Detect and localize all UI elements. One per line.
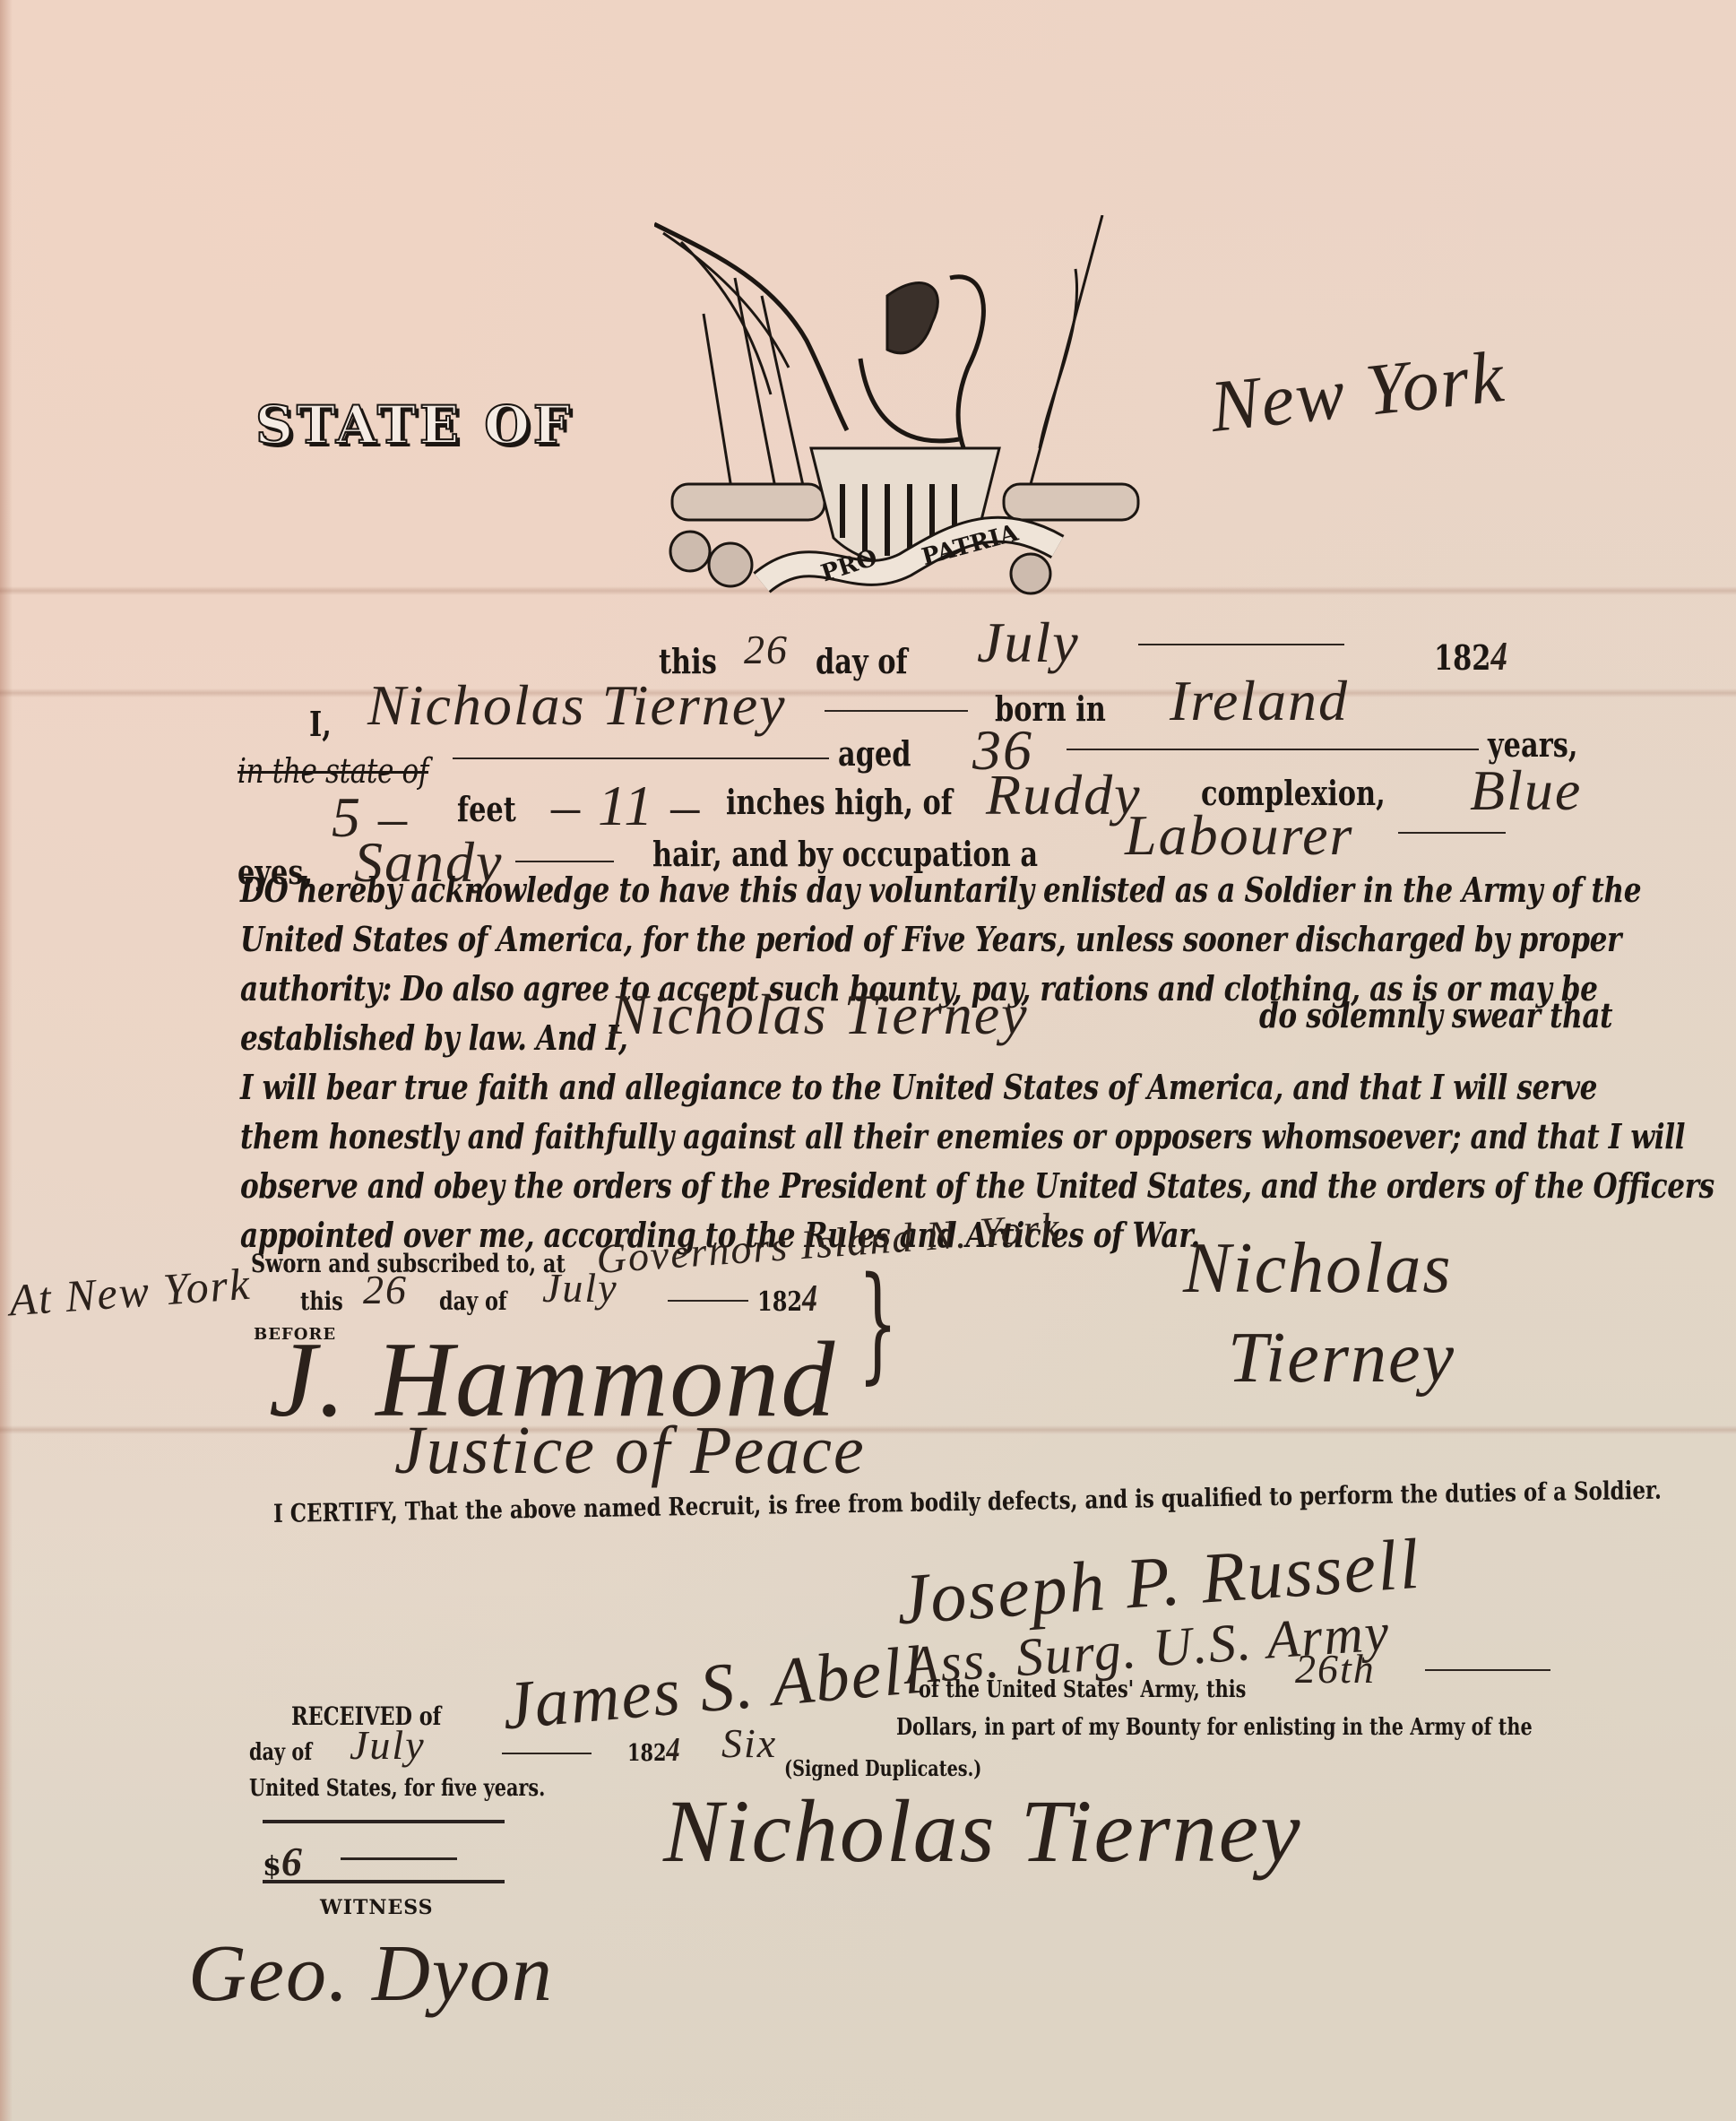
- height-inches-value: – 11 –: [551, 773, 701, 839]
- amount-field: $6: [263, 1838, 304, 1885]
- sworn-label: Sworn and subscribed to, at: [251, 1249, 566, 1278]
- oath-line: do solemnly swear that: [1259, 995, 1612, 1035]
- army-label: of the United States' Army, this: [919, 1676, 1246, 1703]
- birthplace-value: Ireland: [1170, 668, 1349, 734]
- aged-label: aged: [838, 733, 911, 774]
- oath-line: them honestly and faithfully against all…: [240, 1116, 1685, 1156]
- recruit-signature-line1: Nicholas: [1183, 1228, 1452, 1310]
- occupation-value: Labourer: [1125, 802, 1353, 869]
- brace-icon: }: [858, 1251, 898, 1397]
- amount-words-value: Six: [721, 1719, 777, 1767]
- document-title: STATE OF: [255, 394, 574, 455]
- paper-edge: [0, 0, 13, 2121]
- day-value: 26: [744, 626, 789, 673]
- oath-line: established by law. And I,: [240, 1017, 627, 1058]
- month-value: July: [977, 610, 1080, 676]
- oath-line: United States of America, for the period…: [240, 919, 1621, 959]
- oath-line: I will bear true faith and allegiance to…: [240, 1067, 1597, 1107]
- oath-line: observe and obey the orders of the Presi…: [240, 1165, 1714, 1206]
- eye-color-value: Blue: [1470, 757, 1582, 824]
- sworn-month-value: July: [542, 1264, 618, 1312]
- receipt-day-value: 26th: [1295, 1645, 1376, 1692]
- sworn-day-value: 26: [363, 1266, 408, 1313]
- year-field: 1824: [1434, 632, 1508, 680]
- inches-label: inches high, of: [726, 782, 953, 822]
- feet-label: feet: [457, 789, 516, 829]
- state-name-handwritten: New York: [1206, 334, 1509, 449]
- margin-note: At New York: [7, 1258, 253, 1327]
- eagle-crest-icon: PRO PATRIA: [654, 215, 1156, 601]
- signed-duplicates-label: (Signed Duplicates.): [784, 1755, 981, 1781]
- oath-name-value: Nicholas Tierney: [609, 982, 1029, 1048]
- sworn-year-field: 1824: [757, 1277, 819, 1320]
- official-title: Justice of Peace: [394, 1412, 866, 1490]
- complexion-value: Ruddy: [986, 762, 1142, 828]
- dollars-label: Dollars, in part of my Bounty for enlist…: [896, 1714, 1533, 1741]
- receipt-recruit-signature: Nicholas Tierney: [663, 1779, 1302, 1883]
- receipt-day-of-label: day of: [249, 1739, 312, 1766]
- fold-crease: [0, 688, 1736, 697]
- oath-line: DO hereby acknowledge to have this day v…: [240, 870, 1641, 910]
- recruit-signature-line2: Tierney: [1228, 1318, 1455, 1399]
- fold-crease: [0, 1425, 1736, 1434]
- witness-label: WITNESS: [320, 1896, 434, 1919]
- receipt-month-value: July: [350, 1721, 426, 1769]
- received-from-value: James S. Abell: [499, 1632, 928, 1746]
- sworn-day-of-label: day of: [439, 1286, 507, 1316]
- day-of-label: day of: [816, 641, 908, 681]
- united-states-label: United States, for five years.: [249, 1775, 545, 1802]
- sworn-this-label: this: [300, 1286, 343, 1316]
- i-label: I,: [309, 704, 332, 744]
- receipt-year-field: 1824: [627, 1730, 681, 1770]
- witness-signature: Geo. Dyon: [188, 1927, 554, 2020]
- enlistment-document: STATE OF PRO PATRIA New York: [0, 0, 1736, 2121]
- recruit-name-value: Nicholas Tierney: [367, 672, 787, 739]
- hair-label: hair, and by occupation a: [652, 834, 1038, 874]
